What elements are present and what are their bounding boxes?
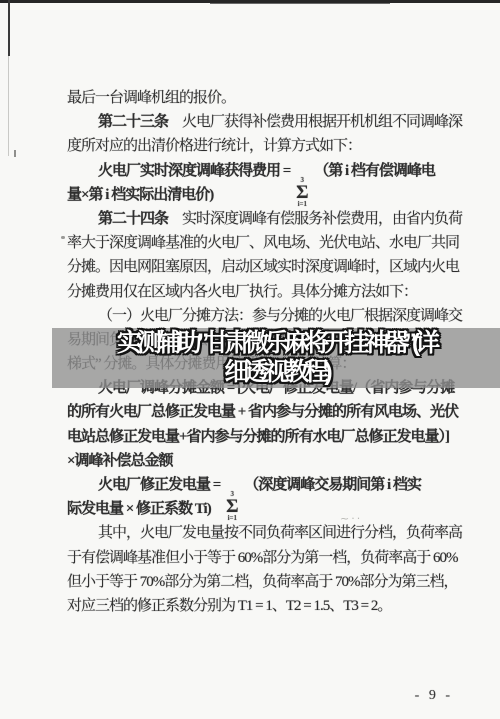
doc-line: 对应三档的修正系数分别为 T1 = 1、T2 = 1.5、T3 = 2。 (67, 594, 467, 618)
page-number: - 9 - (415, 688, 453, 704)
sigma-symbol: 3Σi=1 (226, 491, 238, 522)
scan-speck (14, 150, 16, 157)
doc-line: （一）火电厂分摊方法：参与分摊的火电厂根据深度调峰交 (67, 304, 467, 328)
formula-post: （第 i 档有偿调峰电 (312, 163, 435, 179)
doc-formula-line: ×调峰补偿总金额 (67, 449, 467, 473)
doc-line: 度所对应的出清价格进行统计，计算方式如下： (67, 134, 467, 158)
doc-line: 分摊。因电网阻塞原因，启动区域实时深度调峰时，区域内火电 (67, 255, 467, 279)
doc-formula-line: 际发电量 × 修正系数 Ti) (67, 497, 467, 521)
sigma-symbol: 3Σi=1 (296, 177, 308, 208)
doc-line: 第二十三条 火电厂获得补偿费用根据开机机组不同调峰深 (67, 110, 467, 134)
article-number: 第二十四条 (98, 211, 168, 227)
scan-left-edge-faint-line (8, 56, 9, 156)
doc-line: 最后一台调峰机组的报价。 (67, 86, 467, 110)
doc-line: 于有偿调峰基准但小于等于 60%部分为第一档，负荷率高于 60% (67, 546, 467, 570)
scan-top-edge-highlight (210, 3, 390, 4)
doc-line: 率大于深度调峰基准的火电厂、风电场、光伏电站、水电厂共同 (67, 231, 467, 255)
scan-speck (61, 236, 65, 239)
doc-line: 其中，火电厂发电量按不同负荷率区间进行分档，负荷率高 (67, 521, 467, 545)
formula-pre: 火电厂修正发电量 = (98, 477, 223, 493)
scanned-document-page: ~·· 最后一台调峰机组的报价。 第二十三条 火电厂获得补偿费用根据开机机组不同… (0, 0, 500, 719)
formula-post: （深度调峰交易期间第 i 档实 (242, 477, 421, 493)
doc-formula-line: 量×第 i 档实际出清电价) (67, 183, 467, 207)
overlay-text-line1: 实测辅助”甘肃微乐麻将开挂神器”(详 (117, 329, 435, 358)
doc-line-text: 实时深度调峰有偿服务补偿费用，由省内负荷 (168, 211, 462, 227)
doc-formula-line: 火电厂实时深度调峰获得费用 = 3Σi=1 （第 i 档有偿调峰电 (67, 159, 467, 183)
article-number: 第二十三条 (98, 114, 168, 130)
doc-line: 分摊费用仅在区域内各火电厂执行。具体分摊方法如下： (67, 280, 467, 304)
overlay-text-line2: 细透视教程) (224, 358, 327, 387)
scan-left-edge-line (8, 0, 10, 56)
formula-pre: 火电厂实时深度调峰获得费用 = (98, 163, 293, 179)
doc-formula-line: 的所有火电厂总修正发电量 + 省内参与分摊的所有风电场、光伏 (67, 400, 467, 424)
doc-line: 但小于等于 70%部分为第二档，负荷率高于 70%部分为第三档， (67, 570, 467, 594)
doc-line: 第二十四条 实时深度调峰有偿服务补偿费用，由省内负荷 (67, 207, 467, 231)
doc-formula-line: 火电厂修正发电量 = 3Σi=1 （深度调峰交易期间第 i 档实 (67, 473, 467, 497)
doc-line-text: 火电厂获得补偿费用根据开机机组不同调峰深 (168, 114, 462, 130)
doc-formula-line: 电站总修正发电量+省内参与分摊的所有水电厂总修正发电量）] (67, 425, 467, 449)
spam-overlay-banner: 实测辅助”甘肃微乐麻将开挂神器”(详 细透视教程) (52, 328, 500, 388)
